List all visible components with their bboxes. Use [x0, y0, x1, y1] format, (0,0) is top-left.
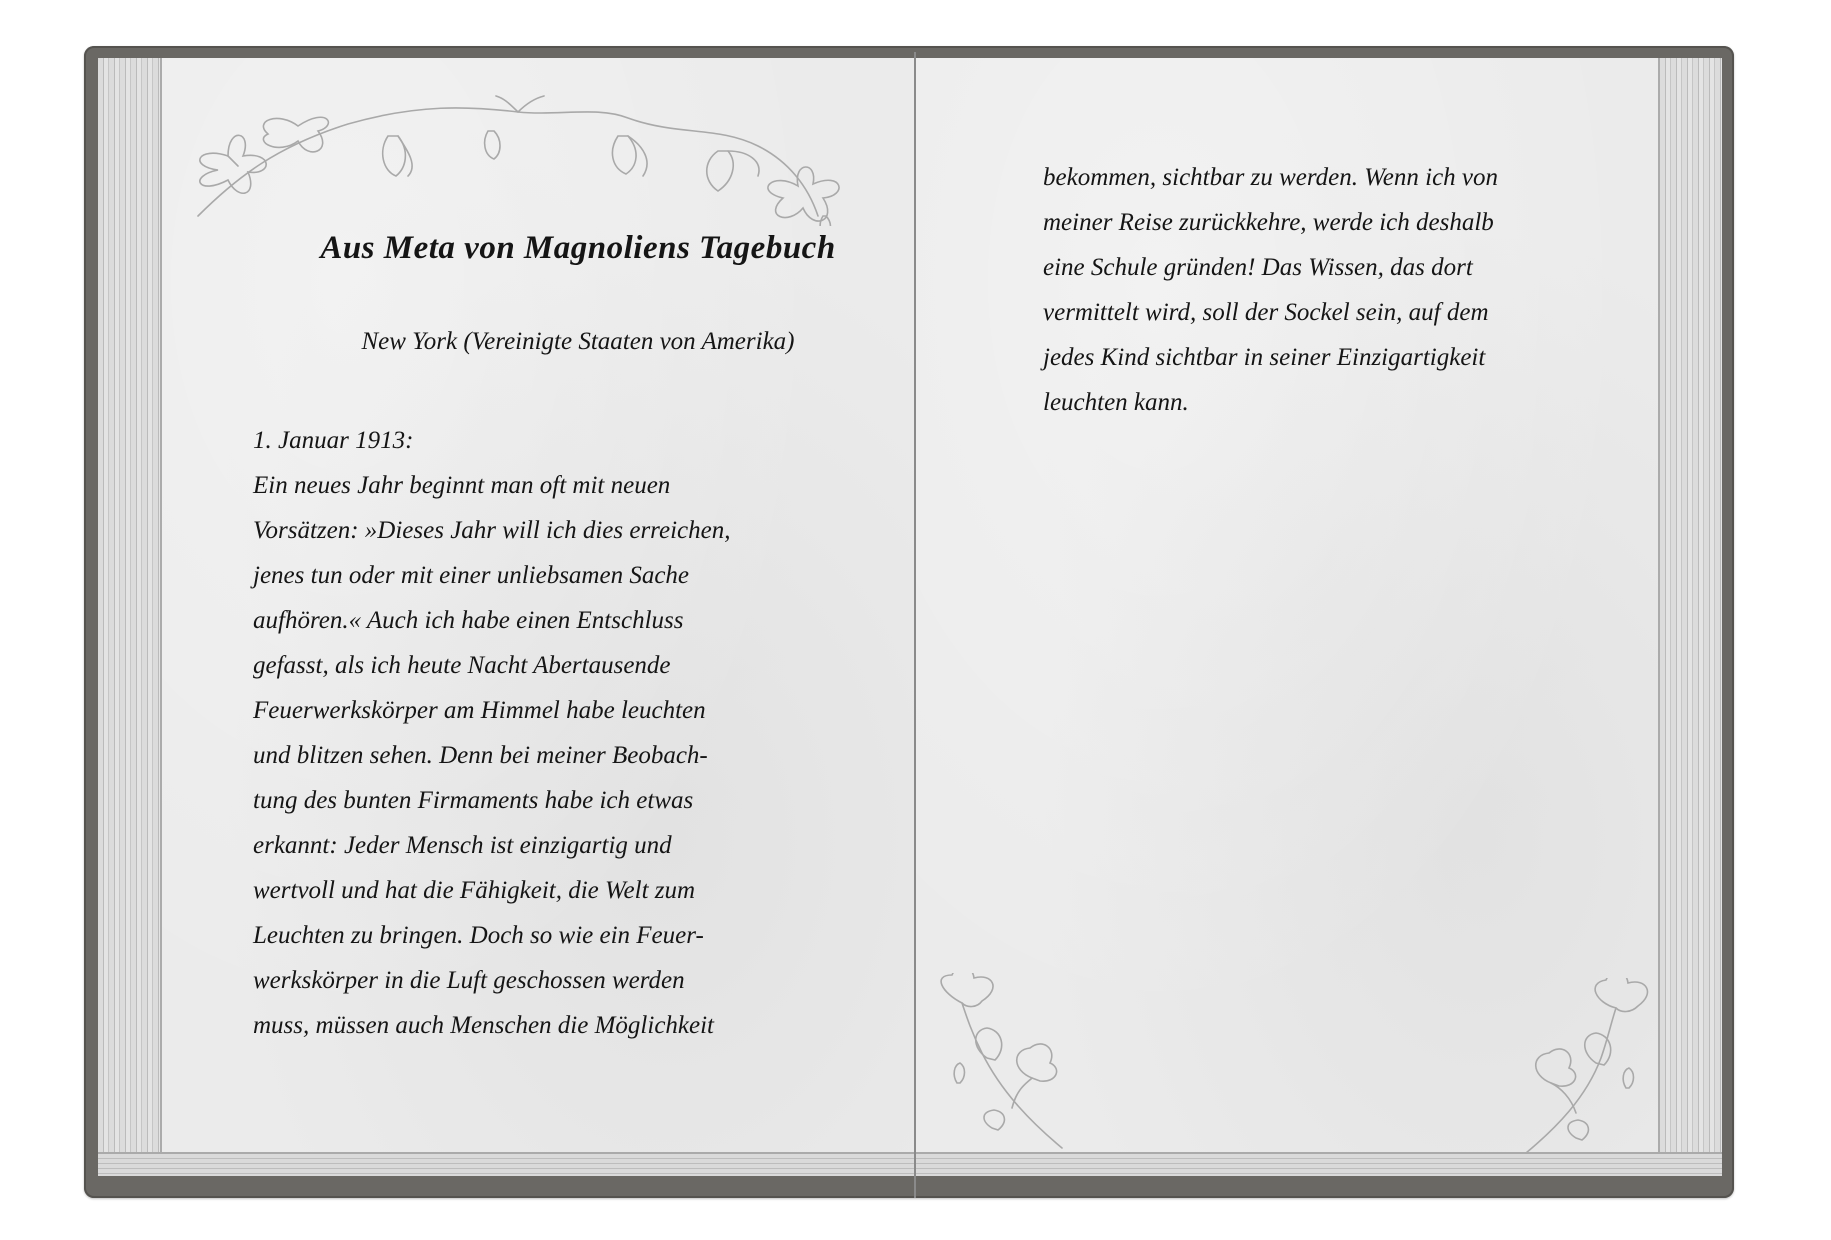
text-line: meiner Reise zurückkehre, werde ich desh…	[1043, 200, 1498, 245]
text-line: eine Schule gründen! Das Wissen, das dor…	[1043, 245, 1498, 290]
text-line: werkskörper in die Luft geschossen werde…	[253, 958, 730, 1003]
right-page-edge-stack	[1658, 58, 1722, 1176]
page-title: Aus Meta von Magnoliens Tagebuch	[258, 230, 898, 267]
text-line: vermittelt wird, soll der Sockel sein, a…	[1043, 290, 1498, 335]
magnolia-sprig-bottom-right-icon	[1516, 978, 1656, 1158]
text-line: erkannt: Jeder Mensch ist einzigartig un…	[253, 823, 730, 868]
right-page: bekommen, sichtbar zu werden. Wenn ich v…	[916, 58, 1722, 1176]
left-page-edge-stack	[98, 58, 162, 1176]
text-line: Leuchten zu bringen. Doch so wie ein Feu…	[253, 913, 730, 958]
text-line: gefasst, als ich heute Nacht Abertausend…	[253, 643, 730, 688]
text-line: aufhören.« Auch ich habe einen Entschlus…	[253, 598, 730, 643]
diary-entry-text: 1. Januar 1913: Ein neues Jahr beginnt m…	[253, 418, 730, 1048]
text-line: wertvoll und hat die Fähigkeit, die Welt…	[253, 868, 730, 913]
text-line: tung des bunten Firmaments habe ich etwa…	[253, 778, 730, 823]
book-spine	[914, 52, 916, 1198]
text-line: leuchten kann.	[1043, 380, 1498, 425]
text-line: Feuerwerkskörper am Himmel habe leuchten	[253, 688, 730, 733]
text-line: Vorsätzen: »Dieses Jahr will ich dies er…	[253, 508, 730, 553]
magnolia-branch-top-icon	[158, 76, 858, 226]
text-line: bekommen, sichtbar zu werden. Wenn ich v…	[1043, 155, 1498, 200]
location-heading: New York (Vereinigte Staaten von Amerika…	[258, 328, 898, 356]
left-page: Aus Meta von Magnoliens Tagebuch New Yor…	[98, 58, 915, 1176]
text-line: und blitzen sehen. Denn bei meiner Beoba…	[253, 733, 730, 778]
text-line: jenes tun oder mit einer unliebsamen Sac…	[253, 553, 730, 598]
left-page-bottom-edge	[98, 1152, 915, 1176]
text-line: 1. Januar 1913:	[253, 418, 730, 463]
text-line: muss, müssen auch Menschen die Möglichke…	[253, 1003, 730, 1048]
diary-entry-continuation: bekommen, sichtbar zu werden. Wenn ich v…	[1043, 155, 1498, 425]
text-line: Ein neues Jahr beginnt man oft mit neuen	[253, 463, 730, 508]
text-line: jedes Kind sichtbar in seiner Einzigarti…	[1043, 335, 1498, 380]
magnolia-sprig-bottom-left-icon	[932, 973, 1072, 1153]
